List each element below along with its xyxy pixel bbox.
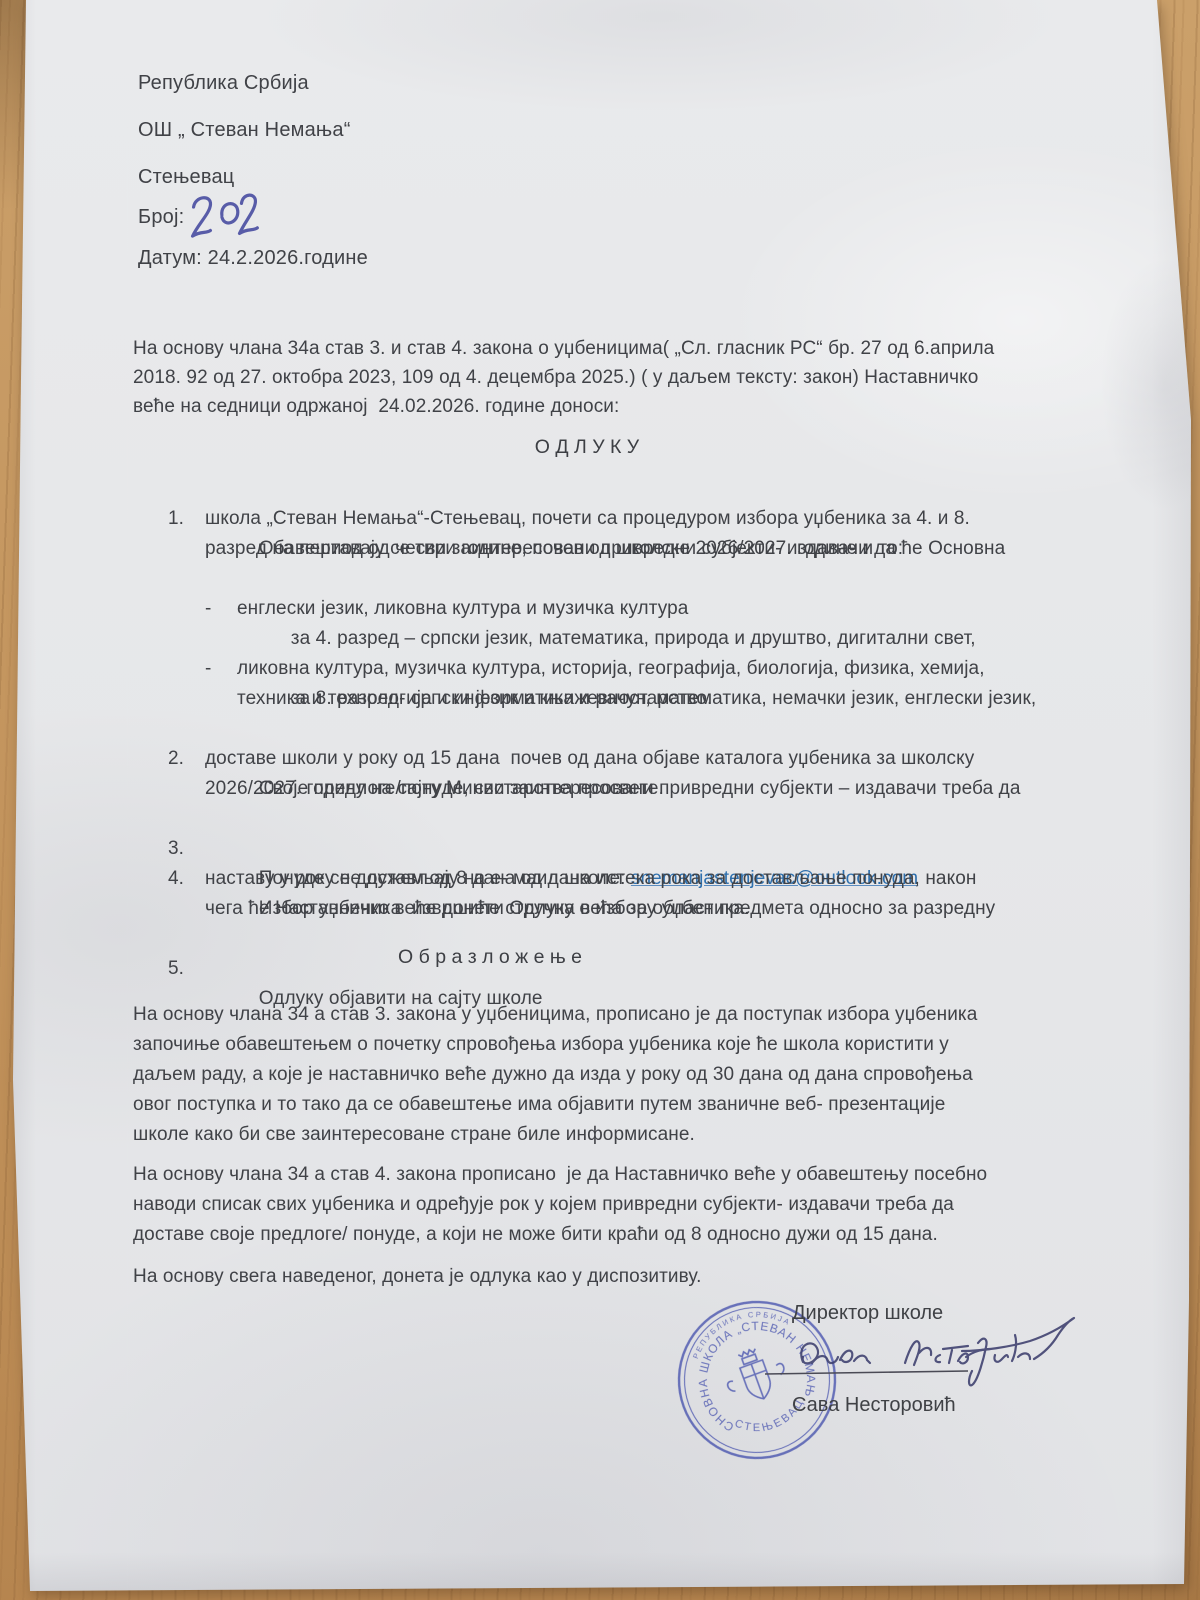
list-item-2-cont: доставе школи у року од 15 дана почев од… (168, 744, 1068, 774)
bullet-text: техника и технологија и информатика и ра… (237, 684, 712, 714)
list-item-3: 3. Понуде се достављају на е- маил школе… (168, 804, 1068, 834)
header-place: Стењевац (138, 166, 234, 189)
intro-line: 2018. 92 од 27. октобра 2023, 109 од 4. … (133, 363, 994, 392)
sub-bullet-2-cont: техника и технологија и информатика и ра… (168, 684, 1068, 714)
list-item-2: 2. Своје предлоге/понуде, сви заинтересо… (168, 714, 1068, 744)
list-item-4: 4. Избор уџбеника извршиће стручна већа … (168, 834, 1068, 864)
list-item-text: разред на период од четири године, почев… (205, 534, 903, 564)
signature-line (765, 1371, 968, 1374)
list-item-1: 1. Обавештавају се сви заинтересовани пр… (168, 474, 1068, 504)
list-item-4-cont: наставу у року не дужем од 8 дана од дан… (168, 864, 1068, 894)
sub-bullet-2-cont: ликовна култура, музичка култура, истори… (168, 654, 1068, 684)
intro-line: На основу члана 34а став 3. и став 4. за… (133, 334, 994, 363)
handwritten-number (185, 189, 263, 250)
paragraph-line: На основу члана 34 а став 4. закона проп… (133, 1160, 987, 1190)
header-school-name: ОШ „ Стеван Немања“ (138, 119, 351, 142)
header-number-label: Број: (138, 206, 184, 229)
closing-paragraph: На основу свега наведеног, донета је одл… (133, 1262, 701, 1292)
paragraph-line: започиње обавештењем о почетку спровођењ… (133, 1030, 977, 1060)
list-item-2-cont: 2026/2027. годину на сајту Министарства … (168, 774, 1068, 804)
bullet-text: енглески језик, ликовна култура и музичк… (237, 594, 688, 624)
paragraph-line: доставе своје предлоге/ понуде, а који н… (133, 1220, 987, 1250)
sub-bullet-2: - за 8. разред- српски језик и књижевнос… (168, 624, 1068, 654)
decision-title: О Д Л У К У (137, 436, 1037, 459)
document-page: Република Србија ОШ „ Стеван Немања“ Сте… (0, 0, 1200, 1600)
intro-paragraph: На основу члана 34а став 3. и став 4. за… (133, 334, 994, 421)
paragraph-line: наводи списак свих уџбеника и одређује р… (133, 1190, 987, 1220)
signature-scribble (700, 1305, 1100, 1395)
explanation-paragraph-2: На основу члана 34 а став 4. закона проп… (133, 1160, 987, 1250)
list-item-4-cont: чега ће Наставничко веће донети Одлуку о… (168, 894, 1068, 924)
paragraph-line: овог поступка и то тако да се обавештење… (133, 1090, 977, 1120)
explanation-title: О б р а з л о ж е њ е (137, 946, 843, 969)
paragraph-line: школе како би све заинтересоване стране … (133, 1120, 977, 1150)
list-item-1-cont: школа „Стеван Немања“-Стењевац, почети с… (168, 504, 1068, 534)
decision-list: 1. Обавештавају се сви заинтересовани пр… (168, 474, 1068, 954)
list-item-text: наставу у року не дужем од 8 дана од дан… (205, 864, 976, 894)
paragraph-line: На основу свега наведеног, донета је одл… (133, 1262, 701, 1292)
list-item-1-cont: разред на период од четири године, почев… (168, 534, 1068, 564)
paper-wrap: Република Србија ОШ „ Стеван Немања“ Сте… (0, 0, 1200, 1600)
list-item-text: доставе школи у року од 15 дана почев од… (205, 744, 974, 774)
explanation-paragraph-1: На основу члана 34 а став 3. закона у уџ… (133, 1000, 977, 1150)
sub-bullet-1: - за 4. разред – српски језик, математик… (168, 564, 1068, 594)
header-date: Датум: 24.2.2026.године (138, 247, 368, 270)
list-item-text: 2026/2027. годину на сајту Министарства … (205, 774, 664, 804)
signature-name: Сава Несторовић (792, 1394, 956, 1417)
desk-background: Република Србија ОШ „ Стеван Немања“ Сте… (0, 0, 1200, 1600)
bullet-text: ликовна култура, музичка култура, истори… (237, 654, 985, 684)
paragraph-line: На основу члана 34 а став 3. закона у уџ… (133, 1000, 977, 1030)
list-item-text: школа „Стеван Немања“-Стењевац, почети с… (205, 504, 970, 534)
sub-bullet-1-cont: енглески језик, ликовна култура и музичк… (168, 594, 1068, 624)
header-country: Република Србија (138, 72, 309, 95)
paragraph-line: даљем раду, а које је наставничко веће д… (133, 1060, 977, 1090)
list-item-text: чега ће Наставничко веће донети Одлуку о… (205, 894, 750, 924)
intro-line: веће на седници одржаној 24.02.2026. год… (133, 392, 994, 421)
